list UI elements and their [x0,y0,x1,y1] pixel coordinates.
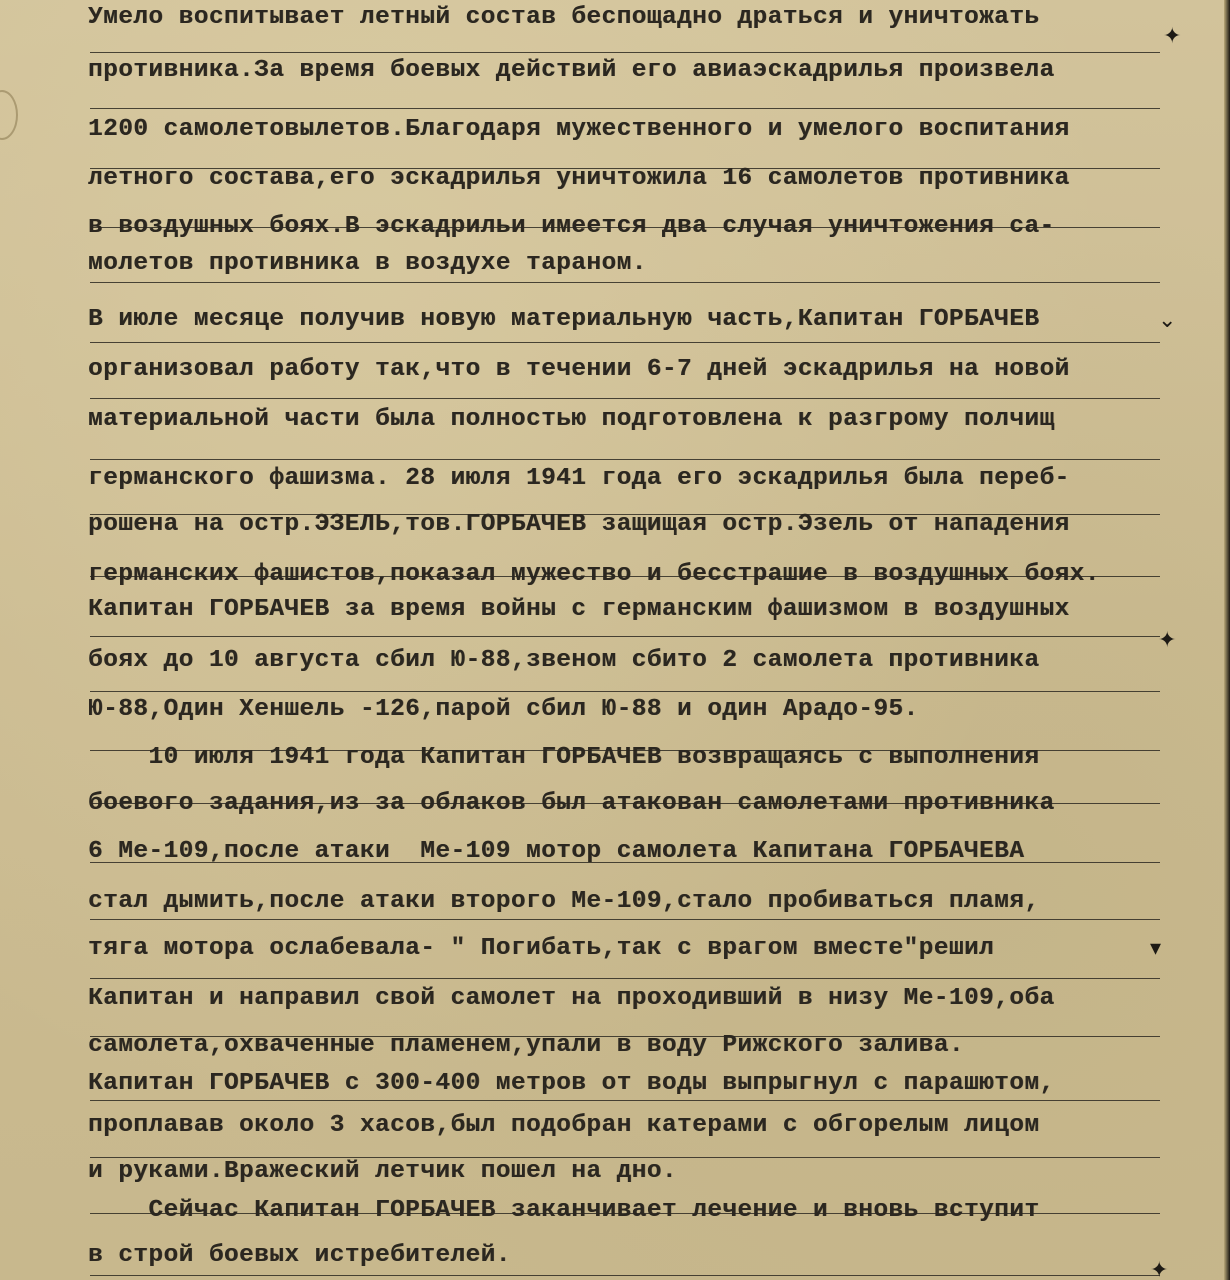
text-line: в строй боевых истребителей. [88,1242,511,1269]
text-line: боевого задания,из за облаков был атаков… [88,790,1055,817]
text-line: и руками.Вражеский летчик пошел на дно. [88,1158,677,1185]
ruled-line [90,52,1160,53]
margin-tick-mark: ✦ [1158,628,1176,653]
text-line: организовал работу так,что в течении 6-7… [88,356,1070,383]
text-line: молетов противника в воздухе тараном. [88,250,647,277]
ruled-line [90,1275,1160,1276]
text-line: проплавав около 3 хасов,был подобран кат… [88,1112,1039,1139]
ruled-line [90,459,1160,460]
text-line: Ю-88,Один Хеншель -126,парой сбил Ю-88 и… [88,696,919,723]
text-line: самолета,охваченные пламенем,упали в вод… [88,1032,964,1059]
text-line: Умело воспитывает летный состав беспощад… [88,4,1039,31]
margin-tick-mark: ✦ [1150,1258,1168,1280]
ruled-line [90,978,1160,979]
text-line: тяга мотора ослабевала- " Погибать,так с… [88,935,994,962]
text-line: германских фашистов,показал мужество и б… [88,561,1100,588]
ruled-line [90,108,1160,109]
text-line: стал дымить,после атаки второго Ме-109,с… [88,888,1039,915]
ruled-line [90,691,1160,692]
text-line: противника.За время боевых действий его … [88,57,1055,84]
text-line: 10 июля 1941 года Капитан ГОРБАЧЕВ возвр… [88,744,1039,771]
text-line: 6 Ме-109,после атаки Ме-109 мотор самоле… [88,838,1024,865]
page-edge-shadow [1224,0,1230,1280]
margin-tick-mark: ▾ [1150,936,1161,961]
text-line: в воздушных боях.В эскадрильи имеется дв… [88,213,1055,240]
text-line: летного состава,его эскадрилья уничтожил… [88,165,1070,192]
punch-hole [0,90,18,140]
text-line: материальной части была полностью подгот… [88,406,1055,433]
margin-tick-mark: ⌄ [1158,308,1176,333]
text-line: В июле месяце получив новую материальную… [88,306,1039,333]
text-line: Капитан и направил свой самолет на прохо… [88,985,1055,1012]
text-line: германского фашизма. 28 июля 1941 года е… [88,465,1070,492]
text-line: Капитан ГОРБАЧЕВ за время войны с герман… [88,596,1070,623]
margin-tick-mark: ✦ [1163,24,1181,49]
text-line: рошена на остр.ЭЗЕЛЬ,тов.ГОРБАЧЕВ защища… [88,511,1070,538]
document-page: Умело воспитывает летный состав беспощад… [0,0,1230,1280]
text-line: боях до 10 августа сбил Ю-88,звеном сбит… [88,647,1039,674]
ruled-line [90,342,1160,343]
ruled-line [90,636,1160,637]
ruled-line [90,398,1160,399]
text-line: Капитан ГОРБАЧЕВ с 300-400 метров от вод… [88,1070,1055,1097]
ruled-line [90,1100,1160,1101]
ruled-line [90,282,1160,283]
text-line: Сейчас Капитан ГОРБАЧЕВ заканчивает лече… [88,1197,1039,1224]
ruled-line [90,919,1160,920]
text-line: 1200 самолетовылетов.Благодаря мужествен… [88,116,1070,143]
